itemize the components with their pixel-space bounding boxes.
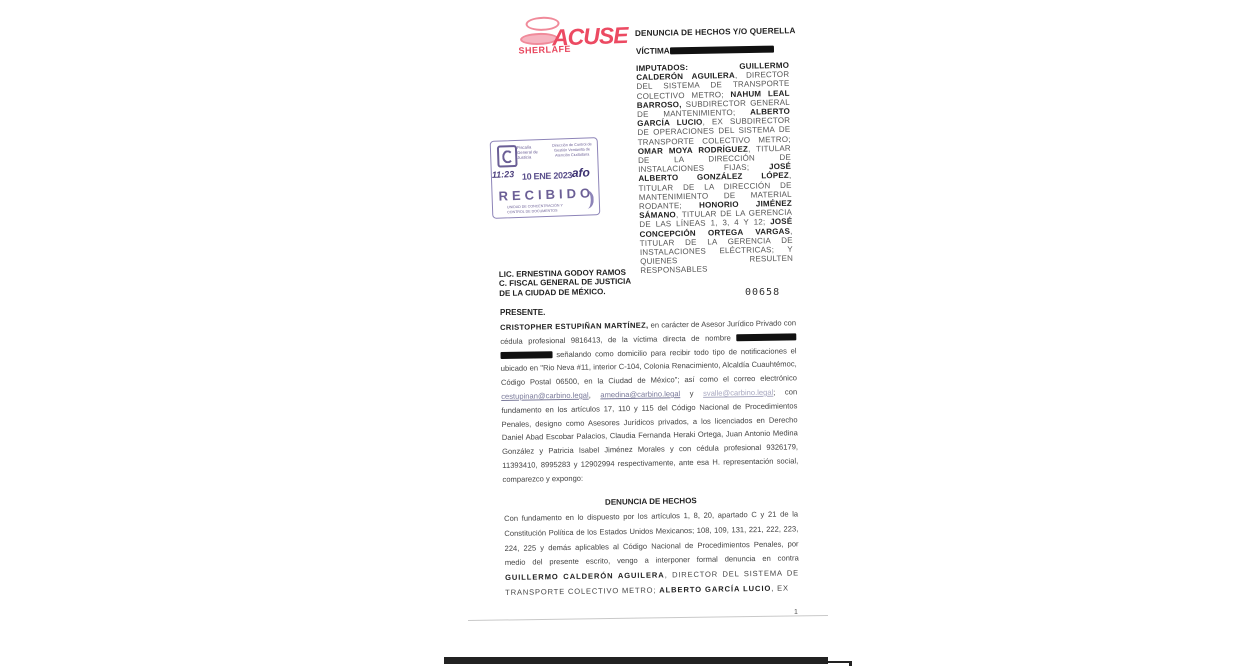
- stamp-unit: Dirección de Control de Gestión Ventanil…: [551, 142, 593, 158]
- stamp-hour: 11:23: [492, 169, 515, 180]
- section-title: DENUNCIA DE HECHOS: [605, 496, 697, 507]
- scan-bottom-edge-end: [849, 661, 852, 666]
- paragraph-text: ; con fundamento en los artículos 17, 11…: [501, 387, 798, 483]
- email-link[interactable]: cestupinan@carbino.legal: [501, 391, 589, 401]
- folio-number: 00658: [745, 287, 780, 298]
- stamp-date: 10 ENE 2023: [522, 170, 573, 182]
- fiscalia-logo-icon: [497, 145, 518, 168]
- separator: ,: [589, 390, 601, 399]
- acuse-stamp: ACUSE SHERLAFE: [515, 12, 616, 59]
- stamp-sub: UNIDAD DE CONCENTRACIÓN Y CONTROL DE DOC…: [507, 203, 577, 214]
- paragraph-text: , EX: [771, 584, 789, 593]
- accused-name: GUILLERMO CALDERÓN AGUILERA: [505, 571, 665, 583]
- lawyer-name: CRISTOPHER ESTUPIÑAN MARTÍNEZ,: [500, 321, 648, 332]
- stamp-signature: afo: [572, 165, 590, 180]
- imputados-block: IMPUTADOS: GUILLERMO CALDERÓN AGUILERA, …: [636, 61, 793, 276]
- presente-label: PRESENTE.: [500, 308, 545, 317]
- addressee-block: LIC. ERNESTINA GODOY RAMOS C. FISCAL GEN…: [499, 268, 632, 299]
- redacted-victim-name: [670, 46, 774, 55]
- paragraph-text: Con fundamento en lo dispuesto por los a…: [504, 509, 799, 567]
- stamp-org: Fiscalía General de Justicia: [517, 144, 548, 160]
- victim-label: VÍCTIMA: [636, 46, 670, 56]
- separator: y: [680, 389, 703, 398]
- redacted-victim-name: [736, 334, 796, 342]
- email-link[interactable]: amedina@carbino.legal: [600, 389, 680, 399]
- acuse-brand: SHERLAFE: [518, 44, 571, 56]
- stamp-mark-icon: [580, 190, 594, 208]
- recibido-stamp: Fiscalía General de Justicia Dirección d…: [490, 137, 601, 219]
- paragraph-denuncia: Con fundamento en lo dispuesto por los a…: [504, 507, 799, 600]
- email-link[interactable]: svalle@carbino.legal: [703, 388, 773, 398]
- scan-bottom-edge: [444, 657, 828, 664]
- scan-bottom-edge-tail: [827, 661, 851, 663]
- accused-name: ALBERTO GARCÍA LUCIO: [659, 584, 771, 595]
- redacted-victim-name: [500, 351, 552, 359]
- paragraph-representation: CRISTOPHER ESTUPIÑAN MARTÍNEZ, en caráct…: [500, 316, 799, 486]
